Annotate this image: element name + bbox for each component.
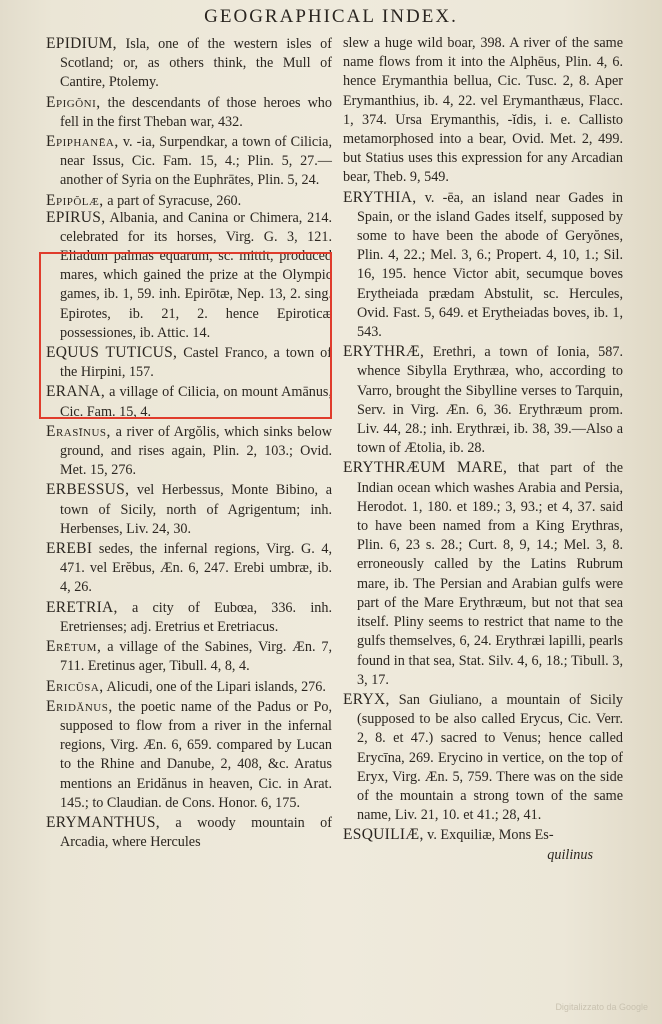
entry-text: Albania, and Canina or Chimera, 214. cel… — [60, 210, 332, 341]
entry-headword: ERYTHRÆ, — [343, 343, 424, 360]
entry-headword: Erētum, — [46, 638, 101, 655]
entry-headword: ERBESSUS, — [46, 481, 129, 498]
index-entry: ESQUILIÆ, v. Exquiliæ, Mons Es- — [343, 825, 623, 845]
entry-text: a part of Syracuse, 260. — [104, 193, 242, 208]
index-entry: ERYX, San Giuliano, a mountain of Sicily… — [343, 690, 623, 825]
entry-text: sedes, the infernal regions, Virg. G. 4,… — [60, 541, 332, 595]
entry-headword: Epigŏni, — [46, 94, 101, 111]
entry-headword: ERYTHIA, — [343, 189, 416, 206]
index-entry: Erasīnus, a river of Argŏlis, which sink… — [46, 422, 332, 481]
entry-headword: ERYMANTHUS, — [46, 814, 160, 831]
entry-text: the poetic name of the Padus or Po, supp… — [60, 699, 332, 811]
index-entry: Epiphanēa, v. -ia, Surpendkar, a town of… — [46, 132, 332, 191]
right-column: slew a huge wild boar, 398. A river of t… — [343, 34, 623, 865]
index-entry: ERYMANTHUS, a woody mountain of Arcadia,… — [46, 813, 332, 852]
entry-text: Alicudi, one of the Lipari islands, 276. — [104, 679, 326, 695]
entry-tail: quilinus — [343, 846, 623, 865]
index-entry: Eridănus, the poetic name of the Padus o… — [46, 697, 332, 813]
entry-headword: Epipŏlæ, — [46, 192, 104, 208]
page-title: GEOGRAPHICAL INDEX. — [0, 6, 662, 28]
entry-headword: ESQUILIÆ, — [343, 826, 424, 843]
entry-text: v. -ēa, an island near Gades in Spain, o… — [357, 190, 623, 340]
index-entry: ERBESSUS, vel Herbessus, Monte Bibino, a… — [46, 480, 332, 539]
entry-headword: EREBI — [46, 540, 92, 557]
entry-headword: EQUUS TUTICUS, — [46, 344, 177, 361]
entry-text: a village of the Sabines, Virg. Æn. 7, 7… — [60, 639, 332, 674]
entry-text: that part of the Indian ocean which wash… — [357, 460, 623, 687]
entry-headword: Eridănus, — [46, 698, 113, 715]
index-entry: EQUUS TUTICUS, Castel Franco, a town of … — [46, 343, 332, 382]
index-entry: ERYTHRÆUM MARE, that part of the Indian … — [343, 458, 623, 689]
watermark: Digitalizzato da Google — [555, 1002, 648, 1012]
entry-headword: Epiphanēa, — [46, 133, 119, 150]
entry-headword: Ericūsa, — [46, 678, 104, 695]
index-entry: Erētum, a village of the Sabines, Virg. … — [46, 637, 332, 676]
entry-headword: EPIRUS, — [46, 209, 105, 226]
index-entry: ERETRIA, a city of Eubœa, 336. inh. Eret… — [46, 598, 332, 637]
entry-headword: ERANA, — [46, 383, 105, 400]
entry-headword: EPIDIUM, — [46, 35, 117, 52]
index-entry: EPIDIUM, Isla, one of the western isles … — [46, 34, 332, 93]
index-entry: Ericūsa, Alicudi, one of the Lipari isla… — [46, 677, 332, 697]
index-entry-highlighted: EPIRUS, Albania, and Canina or Chimera, … — [46, 208, 332, 343]
entry-headword: Erasīnus, — [46, 423, 111, 440]
left-column: EPIDIUM, Isla, one of the western isles … — [46, 34, 332, 852]
index-entry: EREBI sedes, the infernal regions, Virg.… — [46, 539, 332, 598]
entry-text: the descendants of those heroes who fell… — [60, 95, 332, 130]
continuation-text: slew a huge wild boar, 398. A river of t… — [343, 34, 623, 188]
entry-text: San Giuliano, a mountain of Sicily (supp… — [357, 692, 623, 823]
index-entry: ERYTHRÆ, Erethri, a town of Ionia, 587. … — [343, 342, 623, 458]
index-entry-cut: Epipŏlæ, a part of Syracuse, 260. — [46, 191, 332, 208]
entry-text: Erethri, a town of Ionia, 587. whence Si… — [357, 344, 623, 456]
entry-headword: ERYX, — [343, 691, 390, 708]
entry-headword: ERETRIA, — [46, 599, 118, 616]
entry-text: v. Exquiliæ, Mons Es- — [424, 827, 554, 843]
index-entry: Epigŏni, the descendants of those heroes… — [46, 93, 332, 132]
index-entry: ERANA, a village of Cilicia, on mount Am… — [46, 382, 332, 421]
index-entry: ERYTHIA, v. -ēa, an island near Gades in… — [343, 188, 623, 343]
entry-headword: ERYTHRÆUM MARE, — [343, 459, 507, 476]
